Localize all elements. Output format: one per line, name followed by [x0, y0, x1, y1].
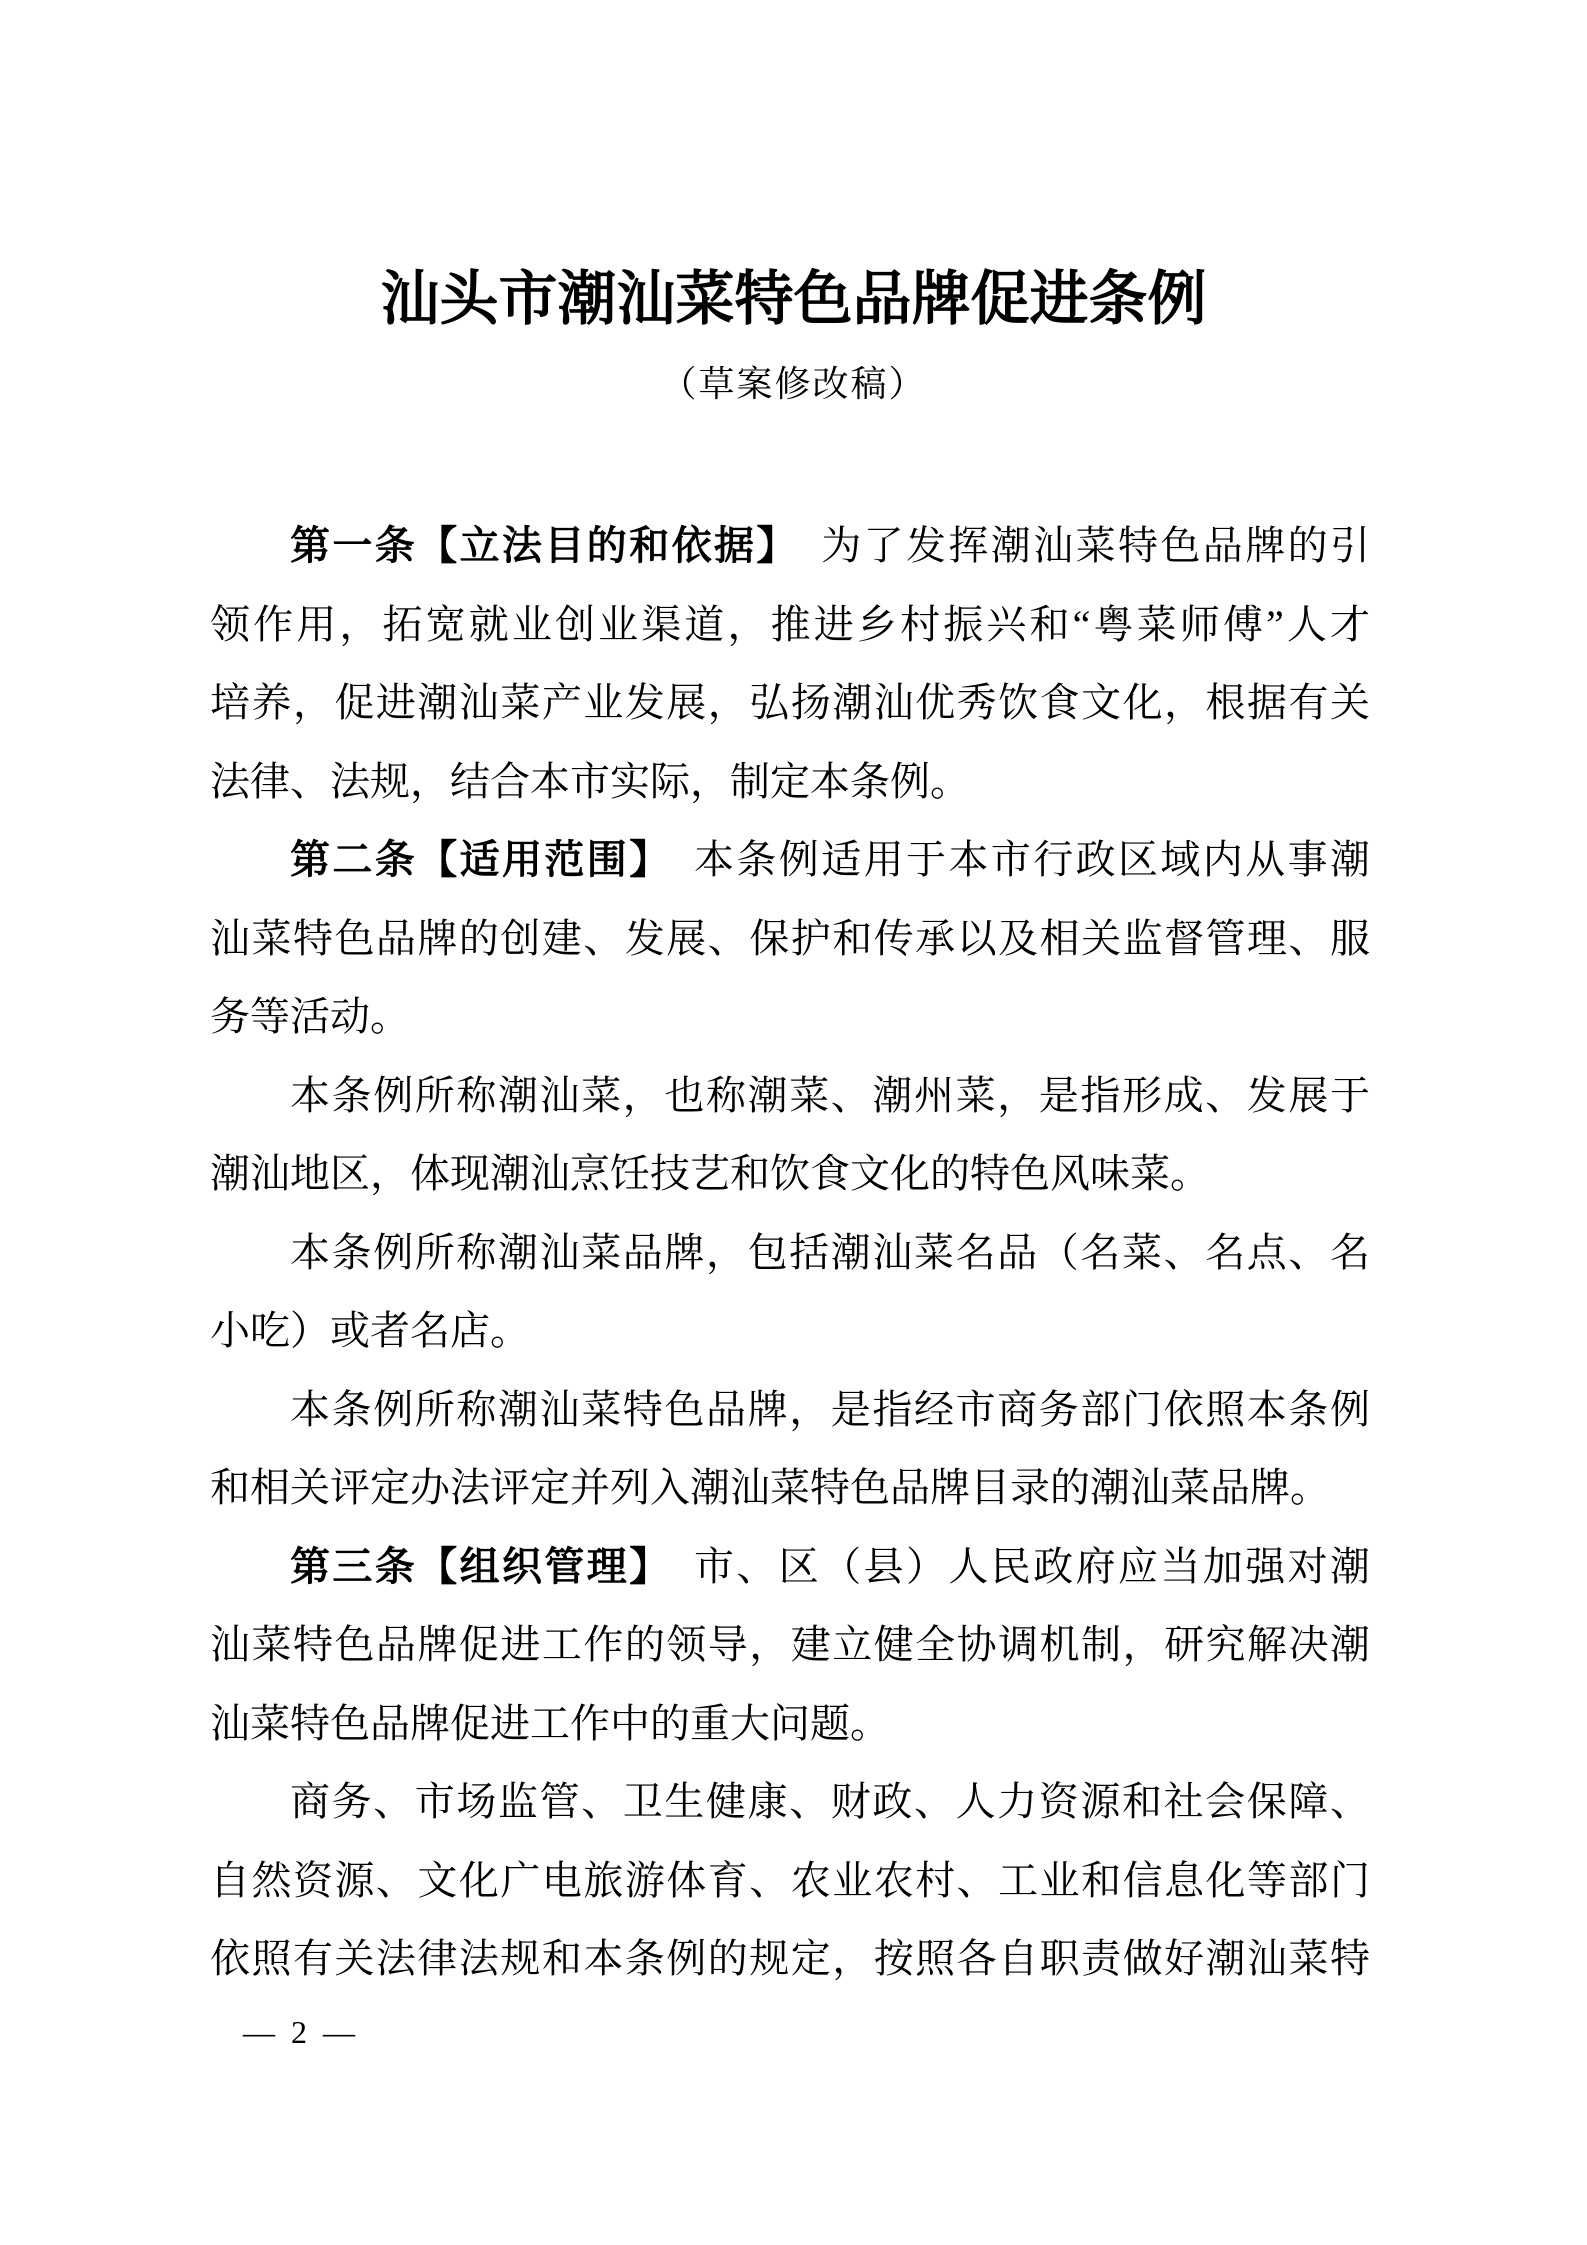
text-line: 小吃）或者名店。 [210, 1292, 1370, 1371]
text-segment: 务等活动。 [210, 994, 410, 1039]
text-line: 法律、法规，结合本市实际，制定本条例。 [210, 743, 1370, 822]
text-line: 第一条【立法目的和依据】 为了发挥潮汕菜特色品牌的引 [210, 507, 1370, 586]
text-segment: 本条例适用于本市行政区域内从事潮 [652, 837, 1370, 882]
document-body: 第一条【立法目的和依据】 为了发挥潮汕菜特色品牌的引领作用，拓宽就业创业渠道，推… [210, 507, 1370, 1999]
text-segment: 为了发挥潮汕菜特色品牌的引 [779, 523, 1370, 568]
text-segment: 和相关评定办法评定并列入潮汕菜特色品牌目录的潮汕菜品牌。 [210, 1465, 1330, 1510]
text-line: 本条例所称潮汕菜特色品牌，是指经市商务部门依照本条例 [210, 1371, 1370, 1450]
document-subtitle: （草案修改稿） [0, 360, 1587, 408]
document-page: 汕头市潮汕菜特色品牌促进条例 （草案修改稿） 第一条【立法目的和依据】 为了发挥… [0, 0, 1587, 2245]
text-line: 和相关评定办法评定并列入潮汕菜特色品牌目录的潮汕菜品牌。 [210, 1449, 1370, 1528]
text-segment: 本条例所称潮汕菜，也称潮菜、潮州菜，是指形成、发展于 [290, 1073, 1370, 1118]
text-segment: 小吃）或者名店。 [210, 1308, 530, 1353]
text-line: 第三条【组织管理】 市、区（县）人民政府应当加强对潮 [210, 1528, 1370, 1607]
text-segment: 本条例所称潮汕菜特色品牌，是指经市商务部门依照本条例 [290, 1387, 1370, 1432]
text-segment: 本条例所称潮汕菜品牌，包括潮汕菜名品（名菜、名点、名 [290, 1230, 1370, 1275]
text-segment: 汕菜特色品牌的创建、发展、保护和传承以及相关监督管理、服 [210, 916, 1370, 961]
text-segment: 市、区（县）人民政府应当加强对潮 [652, 1544, 1370, 1589]
text-segment: 潮汕地区，体现潮汕烹饪技艺和饮食文化的特色风味菜。 [210, 1151, 1210, 1196]
text-segment: 培养，促进潮汕菜产业发展，弘扬潮汕优秀饮食文化，根据有关 [210, 680, 1370, 725]
text-segment: 法律、法规，结合本市实际，制定本条例。 [210, 759, 970, 804]
article-heading-segment: 第三条【组织管理】 [290, 1545, 652, 1589]
text-line: 第二条【适用范围】 本条例适用于本市行政区域内从事潮 [210, 821, 1370, 900]
text-segment: 汕菜特色品牌促进工作的领导，建立健全协调机制，研究解决潮 [210, 1622, 1370, 1667]
text-line: 领作用，拓宽就业创业渠道，推进乡村振兴和“粤菜师傅”人才 [210, 586, 1370, 665]
text-line: 本条例所称潮汕菜品牌，包括潮汕菜名品（名菜、名点、名 [210, 1214, 1370, 1293]
text-line: 汕菜特色品牌促进工作中的重大问题。 [210, 1685, 1370, 1764]
text-line: 潮汕地区，体现潮汕烹饪技艺和饮食文化的特色风味菜。 [210, 1135, 1370, 1214]
text-line: 务等活动。 [210, 978, 1370, 1057]
text-line: 自然资源、文化广电旅游体育、农业农村、工业和信息化等部门 [210, 1842, 1370, 1921]
text-line: 汕菜特色品牌促进工作的领导，建立健全协调机制，研究解决潮 [210, 1606, 1370, 1685]
document-title: 汕头市潮汕菜特色品牌促进条例 [0, 261, 1587, 338]
text-line: 商务、市场监管、卫生健康、财政、人力资源和社会保障、 [210, 1763, 1370, 1842]
article-heading-segment: 第一条【立法目的和依据】 [290, 524, 779, 568]
text-line: 依照有关法律法规和本条例的规定，按照各自职责做好潮汕菜特 [210, 1920, 1370, 1999]
article-heading-segment: 第二条【适用范围】 [290, 838, 652, 882]
text-line: 培养，促进潮汕菜产业发展，弘扬潮汕优秀饮食文化，根据有关 [210, 664, 1370, 743]
text-segment: 自然资源、文化广电旅游体育、农业农村、工业和信息化等部门 [210, 1858, 1370, 1903]
text-line: 汕菜特色品牌的创建、发展、保护和传承以及相关监督管理、服 [210, 900, 1370, 979]
text-segment: 汕菜特色品牌促进工作中的重大问题。 [210, 1701, 890, 1746]
page-number: — 2 — [243, 2012, 359, 2052]
text-segment: 依照有关法律法规和本条例的规定，按照各自职责做好潮汕菜特 [210, 1936, 1370, 1981]
text-segment: 领作用，拓宽就业创业渠道，推进乡村振兴和“粤菜师傅”人才 [210, 602, 1370, 647]
text-line: 本条例所称潮汕菜，也称潮菜、潮州菜，是指形成、发展于 [210, 1057, 1370, 1136]
text-segment: 商务、市场监管、卫生健康、财政、人力资源和社会保障、 [290, 1779, 1370, 1824]
